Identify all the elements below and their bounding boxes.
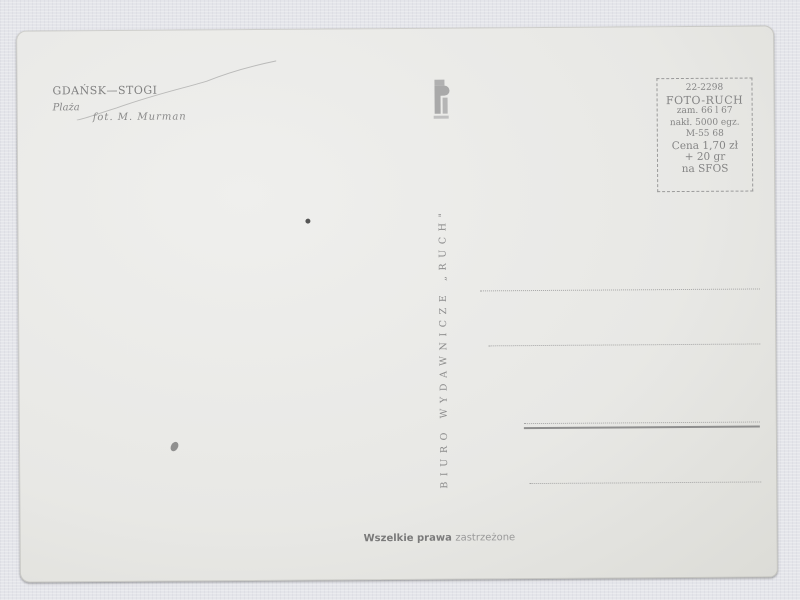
ink-spot xyxy=(305,219,310,224)
stamp-box: 22-2298 FOTO-RUCH zam. 66 l 67 nakł. 500… xyxy=(656,78,753,193)
photographer-credit: fot. M. Murman xyxy=(93,111,187,123)
stamp-line: FOTO-RUCH xyxy=(658,94,752,106)
address-line[interactable] xyxy=(524,421,760,424)
copyright-light: zastrzeżone xyxy=(455,532,515,543)
location-subtitle: Plaża xyxy=(53,102,80,113)
address-line[interactable] xyxy=(488,343,760,346)
address-line-underline xyxy=(524,425,760,429)
stamp-line: nakł. 5000 egz. xyxy=(658,117,752,129)
stamp-line: na SFOS xyxy=(658,163,752,175)
publisher-divider-text: BIURO WYDAWNICZE „RUCH" xyxy=(437,148,460,548)
location-title: GDAŃSK—STOGI xyxy=(52,84,157,98)
postcard-back: GDAŃSK—STOGI Plaża fot. M. Murman BIURO … xyxy=(16,25,778,582)
stamp-line: zam. 66 l 67 xyxy=(658,106,752,118)
address-line[interactable] xyxy=(480,288,760,291)
copyright-notice: Wszelkie prawa zastrzeżone xyxy=(364,532,516,544)
address-line[interactable] xyxy=(529,481,761,484)
ruch-logo-icon xyxy=(430,78,452,122)
copyright-bold: Wszelkie prawa xyxy=(364,533,452,545)
ink-smudge xyxy=(169,440,180,452)
